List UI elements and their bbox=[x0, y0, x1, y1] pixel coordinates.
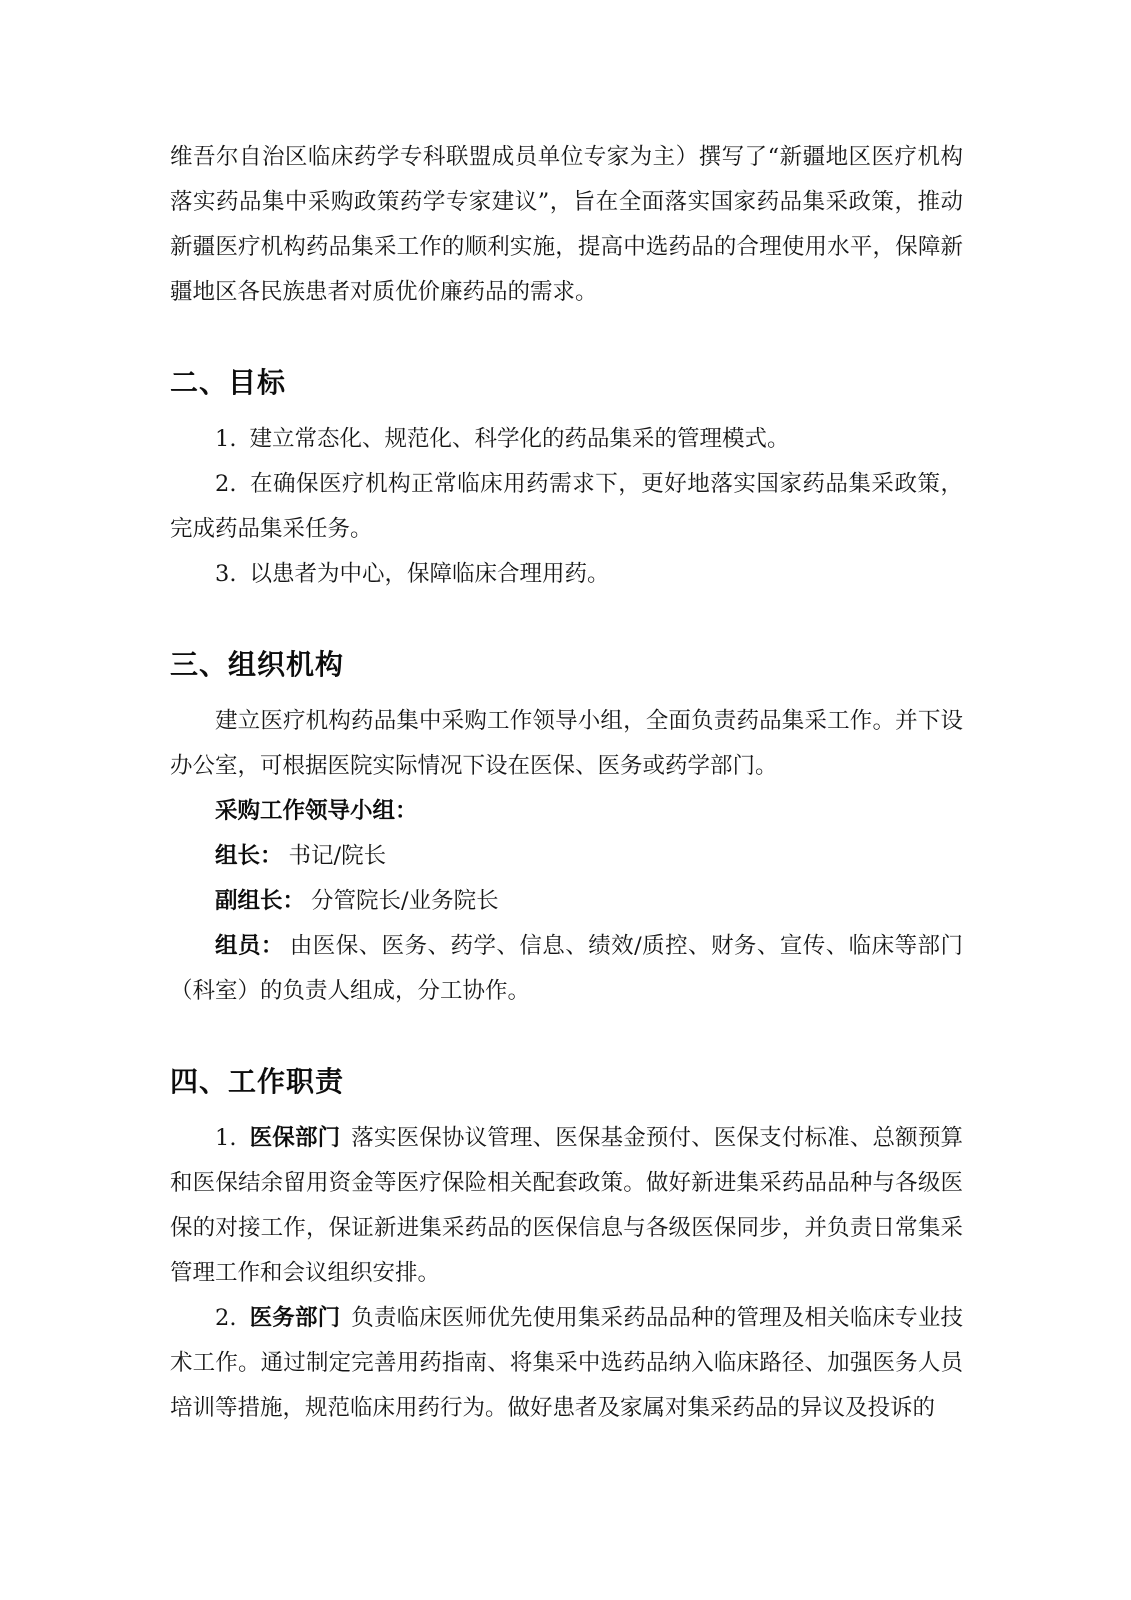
role-deputy-leader: 副组长：分管院长/业务院长 bbox=[170, 879, 963, 924]
intro-paragraph: 维吾尔自治区临床药学专科联盟成员单位专家为主）撰写了“新疆地区医疗机构落实药品集… bbox=[170, 135, 963, 315]
organization-paragraph: 建立医疗机构药品集中采购工作领导小组，全面负责药品集采工作。并下设办公室，可根据… bbox=[170, 699, 963, 789]
duty-item-1-number: 1. bbox=[215, 1125, 236, 1151]
document-page: 维吾尔自治区临床药学专科联盟成员单位专家为主）撰写了“新疆地区医疗机构落实药品集… bbox=[0, 0, 1131, 1600]
section-heading-duties: 四、工作职责 bbox=[170, 1062, 963, 1102]
role-members-value: 由医保、医务、药学、信息、绩效/质控、财务、宣传、临床等部门（科室）的负责人组成… bbox=[170, 933, 963, 1004]
section-heading-goals: 二、目标 bbox=[170, 363, 963, 403]
role-members-label: 组员： bbox=[215, 933, 284, 959]
goal-item-3: 3.以患者为中心，保障临床合理用药。 bbox=[170, 552, 963, 597]
duty-item-2: 2.医务部门负责临床医师优先使用集采药品品种的管理及相关临床专业技术工作。通过制… bbox=[170, 1296, 963, 1431]
role-members: 组员：由医保、医务、药学、信息、绩效/质控、财务、宣传、临床等部门（科室）的负责… bbox=[170, 924, 963, 1014]
role-deputy-leader-label: 副组长： bbox=[215, 888, 305, 914]
duty-item-1-title: 医保部门 bbox=[249, 1125, 340, 1151]
goal-item-3-text: 以患者为中心，保障临床合理用药。 bbox=[249, 561, 609, 587]
duty-item-2-title: 医务部门 bbox=[249, 1305, 340, 1331]
role-leader-value: 书记/院长 bbox=[289, 843, 387, 869]
goal-item-2: 2.在确保医疗机构正常临床用药需求下，更好地落实国家药品集采政策，完成药品集采任… bbox=[170, 462, 963, 552]
goal-item-2-number: 2. bbox=[215, 471, 236, 497]
duty-item-2-number: 2. bbox=[215, 1305, 236, 1331]
section-heading-organization: 三、组织机构 bbox=[170, 645, 963, 685]
role-leader: 组长：书记/院长 bbox=[170, 834, 963, 879]
goal-item-1-text: 建立常态化、规范化、科学化的药品集采的管理模式。 bbox=[249, 426, 789, 452]
role-deputy-leader-value: 分管院长/业务院长 bbox=[311, 888, 499, 914]
leading-group-title-text: 采购工作领导小组： bbox=[215, 798, 418, 824]
role-leader-label: 组长： bbox=[215, 843, 283, 869]
goal-item-1-number: 1. bbox=[215, 426, 236, 452]
goal-item-2-text: 在确保医疗机构正常临床用药需求下，更好地落实国家药品集采政策，完成药品集采任务。 bbox=[170, 471, 963, 542]
duty-item-1: 1.医保部门落实医保协议管理、医保基金预付、医保支付标准、总额预算和医保结余留用… bbox=[170, 1116, 963, 1296]
goal-item-3-number: 3. bbox=[215, 561, 236, 587]
leading-group-title: 采购工作领导小组： bbox=[170, 789, 963, 834]
goal-item-1: 1.建立常态化、规范化、科学化的药品集采的管理模式。 bbox=[170, 417, 963, 462]
